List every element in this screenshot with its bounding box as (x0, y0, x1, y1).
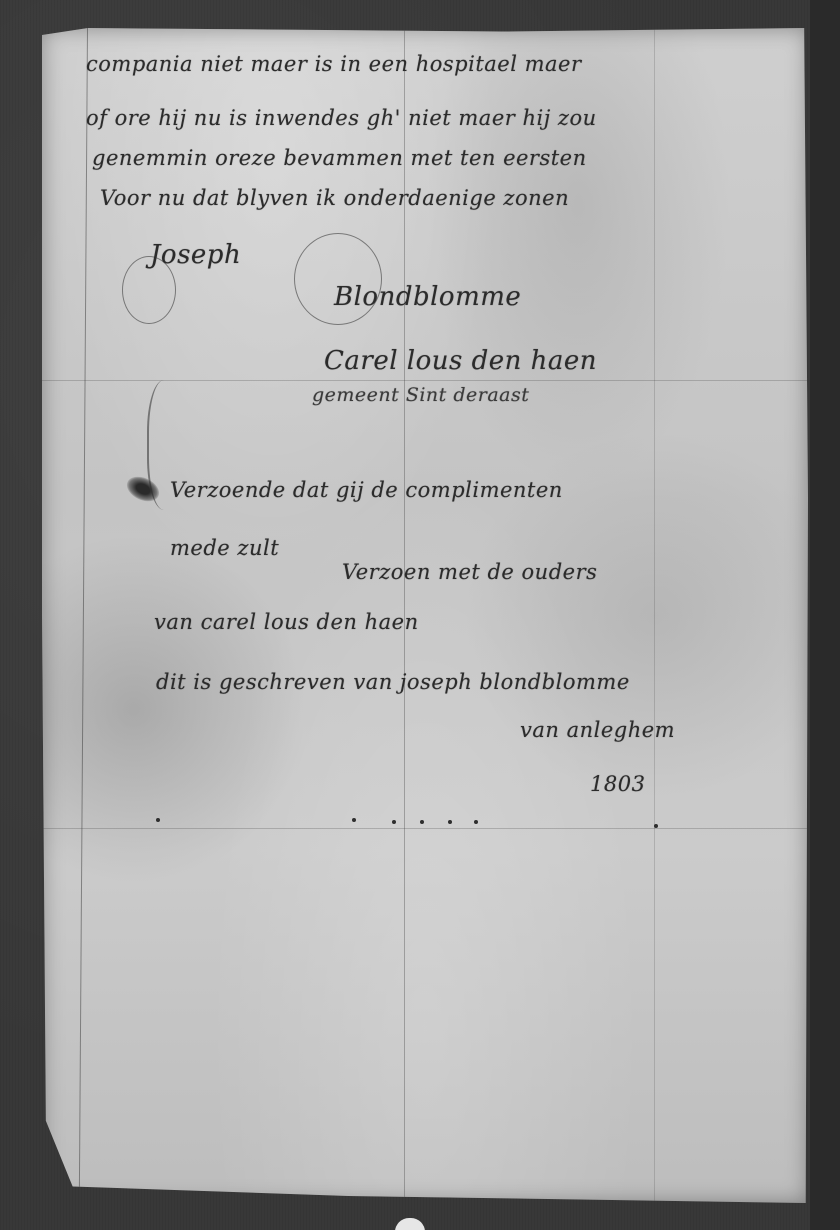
closing-line-1: Verzoende dat gij de complimenten (170, 478, 563, 502)
letter-line-2: of ore hij nu is inwendes gh' niet maer … (86, 106, 597, 130)
closing-line-6: van anleghem (520, 718, 675, 742)
letter-line-3: genemmin oreze bevammen met ten eersten (92, 146, 587, 170)
closing-line-5: dit is geschreven van joseph blondblomme (156, 670, 630, 694)
letter-date: 1803 (590, 772, 645, 796)
signature-surname-1: Blondblomme (334, 282, 521, 312)
signature-name-1: Joseph (150, 240, 241, 270)
ink-dot (420, 820, 424, 824)
signature-name-2: Carel lous den haen (324, 346, 597, 376)
horizontal-fold-line (42, 828, 808, 829)
left-margin-rule (79, 28, 88, 1203)
closing-line-2: mede zult (170, 536, 279, 560)
ink-dot (474, 820, 478, 824)
scan-edge-strip (810, 0, 840, 1230)
letter-line-1: compania niet maer is in een hospitael m… (86, 52, 582, 76)
ink-dot (654, 824, 658, 828)
ink-dot (352, 818, 356, 822)
ink-dot (156, 818, 160, 822)
closing-line-3: Verzoen met de ouders (342, 560, 597, 584)
letter-line-4: Voor nu dat blyven ik onderdaenige zonen (100, 186, 569, 210)
ink-dot (392, 820, 396, 824)
vertical-fold-line (654, 28, 655, 1203)
closing-line-4: van carel lous den haen (154, 610, 419, 634)
letter-sheet: compania niet maer is in een hospitael m… (42, 28, 808, 1203)
horizontal-fold-line (42, 380, 808, 381)
signature-subline: gemeent Sint deraast (312, 384, 529, 406)
ink-dot (448, 820, 452, 824)
